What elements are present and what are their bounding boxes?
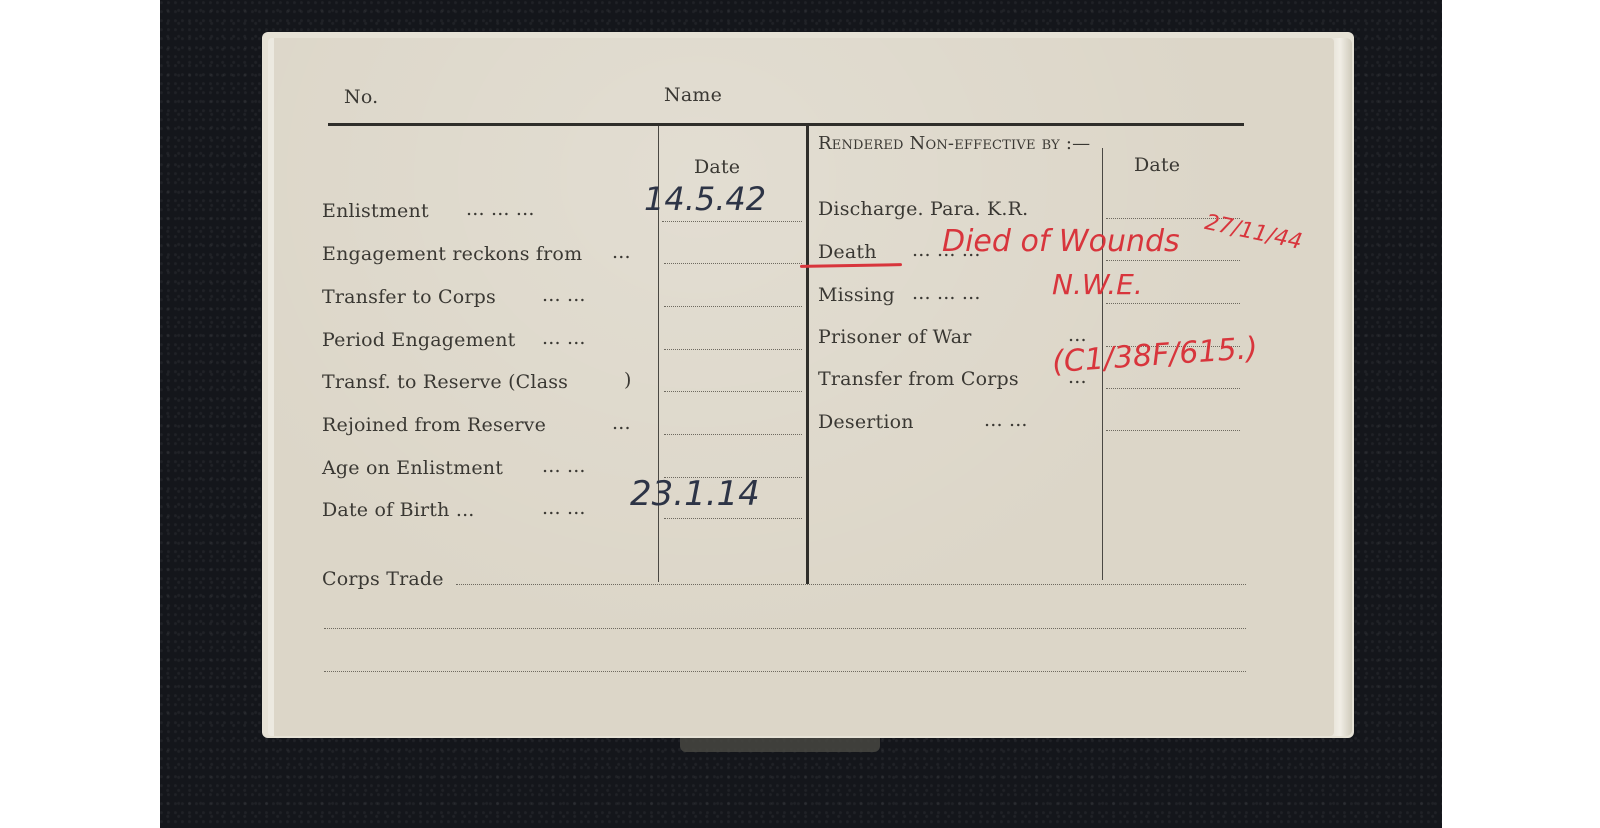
period-engagement-label: Period Engagement [322, 329, 516, 351]
enlistment-leader: ... ... ... [466, 198, 535, 220]
missing-date-line [1106, 303, 1240, 304]
section-divider [806, 126, 809, 584]
transfer-to-reserve-date-line [664, 391, 802, 392]
rejoined-from-reserve-label: Rejoined from Reserve [322, 414, 546, 436]
transfer-from-corps-label: Transfer from Corps [818, 368, 1019, 390]
blank-line-1 [324, 628, 1246, 629]
date-of-birth-date-line [664, 518, 802, 519]
transfer-to-reserve-leader: ) [624, 369, 632, 391]
blank-line-2 [324, 671, 1246, 672]
number-label: No. [344, 86, 378, 108]
missing-leader: ... ... ... [912, 282, 981, 304]
date-of-birth-value: 23.1.14 [630, 474, 760, 514]
desertion-label: Desertion [818, 411, 914, 433]
period-engagement-date-line [664, 349, 802, 350]
engagement-leader: ... [612, 241, 631, 263]
location-annotation: N.W.E. [1052, 268, 1143, 301]
discharge-label: Discharge. Para. K.R. [818, 198, 1028, 220]
enlistment-label: Enlistment [322, 200, 429, 222]
enlistment-date-value: 14.5.42 [644, 180, 766, 218]
corps-trade-line [456, 584, 1246, 585]
header-rule [328, 123, 1244, 126]
card-divider-tab [680, 738, 880, 752]
enlistment-date-line [662, 221, 802, 222]
death-date-line [1106, 260, 1240, 261]
death-cause-annotation: Died of Wounds [942, 224, 1180, 259]
death-red-underline [800, 263, 902, 268]
engagement-date-line [664, 263, 802, 264]
rejoined-from-reserve-date-line [664, 434, 802, 435]
transfer-to-corps-leader: ... ... [542, 284, 586, 306]
left-date-header: Date [694, 156, 740, 178]
transfer-to-corps-date-line [664, 306, 802, 307]
transfer-to-corps-label: Transfer to Corps [322, 286, 496, 308]
date-of-birth-leader: ... ... [542, 497, 586, 519]
service-record-card: No. Name Date Enlistment ... ... ... 14.… [268, 38, 1334, 736]
corps-trade-label: Corps Trade [322, 568, 444, 590]
prisoner-of-war-label: Prisoner of War [818, 326, 972, 348]
non-effective-title: Rendered Non-effective by :— [818, 133, 1090, 154]
age-on-enlistment-label: Age on Enlistment [322, 457, 503, 479]
name-label: Name [664, 84, 722, 106]
right-date-header: Date [1134, 154, 1180, 176]
rejoined-from-reserve-leader: ... [612, 412, 631, 434]
engagement-label: Engagement reckons from [322, 243, 582, 265]
desertion-date-line [1106, 430, 1240, 431]
death-label: Death [818, 241, 877, 263]
missing-label: Missing [818, 284, 895, 306]
death-date-annotation: 27/11/44 [1202, 210, 1304, 255]
period-engagement-leader: ... ... [542, 327, 586, 349]
transfer-from-corps-date-line [1106, 388, 1240, 389]
age-on-enlistment-leader: ... ... [542, 455, 586, 477]
date-of-birth-label: Date of Birth ... [322, 499, 475, 521]
transfer-to-reserve-label: Transf. to Reserve (Class [322, 371, 568, 393]
desertion-leader: ... ... [984, 409, 1028, 431]
